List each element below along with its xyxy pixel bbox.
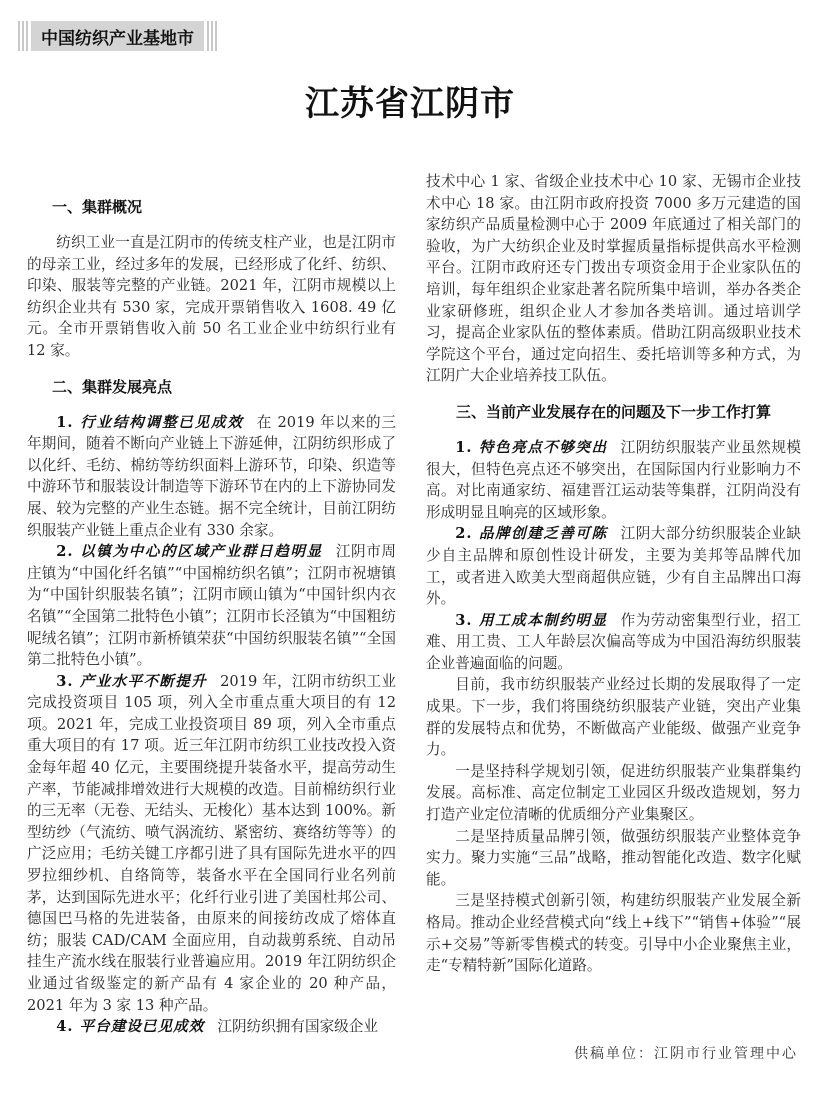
item-lead: 3. 用工成本制约明显 bbox=[455, 612, 607, 629]
section-3-paragraph-1: 目前，我市纺织服装产业经过长期的发展取得了一定成果。下一步，我们将围绕纺织服装产… bbox=[426, 674, 801, 760]
right-column: 技术中心 1 家、省级企业技术中心 10 家、无锡市企业技术中心 18 家。由江… bbox=[426, 171, 801, 977]
section-3-paragraph-2: 一是坚持科学规划引领，促进纺织服装产业集群集约发展。高标准、高定位制定工业园区升… bbox=[426, 761, 801, 826]
section-2-item-3: 3. 产业水平不断提升2019 年，江阴市纺织工业完成投资项目 105 项，列入… bbox=[27, 671, 396, 1017]
section-1-heading: 一、集群概况 bbox=[27, 196, 396, 218]
section-3-paragraph-3: 二是坚持质量品牌引领，做强纺织服装产业整体竞争实力。聚力实施“三品”战略，推动智… bbox=[426, 826, 801, 891]
source-credit: 供稿单位：江阴市行业管理中心 bbox=[574, 1043, 798, 1063]
section-3-item-1: 1. 特色亮点不够突出江阴纺织服装产业虽然规模很大，但特色亮点还不够突出，在国际… bbox=[426, 437, 801, 523]
section-2-item-4: 4. 平台建设已见成效江阴纺织拥有国家级企业 bbox=[27, 1016, 396, 1038]
section-3-paragraph-4: 三是坚持模式创新引领，构建纺织服装产业发展全新格局。推动企业经营模式向“线上+线… bbox=[426, 890, 801, 976]
item-lead: 1. 行业结构调整已见成效 bbox=[56, 414, 243, 431]
section-3-item-2: 2. 品牌创建乏善可陈江阴大部分纺织服装企业缺少自主品牌和原创性设计研发，主要为… bbox=[426, 523, 801, 609]
section-2-heading: 二、集群发展亮点 bbox=[27, 376, 396, 398]
section-2-item-4-continuation: 技术中心 1 家、省级企业技术中心 10 家、无锡市企业技术中心 18 家。由江… bbox=[426, 171, 801, 387]
banner-left-bars bbox=[18, 21, 28, 51]
left-column: 一、集群概况 纺织工业一直是江阴市的传统支柱产业，也是江阴市的母亲工业，经过多年… bbox=[27, 196, 396, 1038]
item-lead: 2. 以镇为中心的区域产业群日趋明显 bbox=[56, 543, 323, 560]
item-lead: 2. 品牌创建乏善可陈 bbox=[455, 525, 607, 542]
banner-label: 中国纺织产业基地市 bbox=[31, 21, 204, 51]
item-lead: 4. 平台建设已见成效 bbox=[56, 1018, 204, 1035]
section-3-heading: 三、当前产业发展存在的问题及下一步工作打算 bbox=[426, 401, 801, 423]
item-lead: 1. 特色亮点不够突出 bbox=[455, 439, 607, 456]
section-banner: 中国纺织产业基地市 bbox=[18, 21, 217, 51]
section-1-paragraph: 纺织工业一直是江阴市的传统支柱产业，也是江阴市的母亲工业，经过多年的发展，已经形… bbox=[27, 232, 396, 362]
banner-right-bars bbox=[207, 21, 217, 51]
page-title: 江苏省江阴市 bbox=[0, 76, 820, 125]
section-2-item-2: 2. 以镇为中心的区域产业群日趋明显江阴市周庄镇为“中国化纤名镇”“中国棉纺织名… bbox=[27, 541, 396, 671]
section-3-item-3: 3. 用工成本制约明显作为劳动密集型行业，招工难、用工贵、工人年龄层次偏高等成为… bbox=[426, 610, 801, 675]
section-2-item-1: 1. 行业结构调整已见成效在 2019 年以来的三年期间，随着不断向产业链上下游… bbox=[27, 412, 396, 542]
item-lead: 3. 产业水平不断提升 bbox=[56, 673, 207, 690]
